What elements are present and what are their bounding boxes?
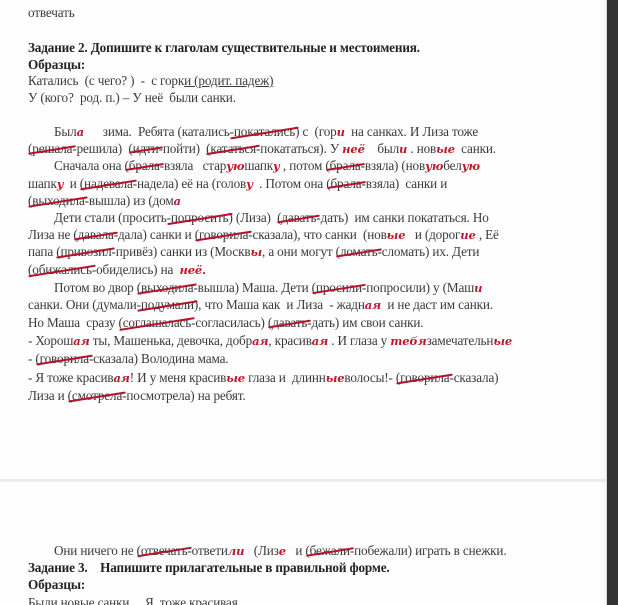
struck-out-word: бежали bbox=[310, 543, 350, 558]
text-segment: Задание 3. Напишите прилагательные в пра… bbox=[28, 560, 390, 575]
text-segment: -решила) ( bbox=[72, 141, 132, 156]
text-segment: , красив bbox=[268, 333, 311, 348]
text-segment: и (дорог bbox=[405, 227, 460, 242]
handwritten-correction: ы bbox=[250, 245, 262, 259]
struck-out-word: давала bbox=[78, 227, 114, 242]
struck-out-word: соглашалась bbox=[123, 315, 191, 330]
struck-out-word: брала bbox=[129, 158, 160, 173]
text-line: папа (привозил-привёз) санки из (Москвы,… bbox=[28, 244, 479, 260]
handwritten-correction: ая bbox=[73, 334, 89, 348]
text-segment: на санках. И Лиза тоже bbox=[345, 124, 478, 139]
text-segment: -дать) им свои санки. bbox=[307, 315, 423, 330]
struck-out-word: просили bbox=[316, 280, 362, 295]
handwritten-correction: ая bbox=[312, 334, 328, 348]
struck-out-word: брала bbox=[331, 176, 362, 191]
text-line: отвечать bbox=[28, 5, 75, 21]
struck-out-word: надевала bbox=[84, 176, 133, 191]
handwritten-correction: а bbox=[77, 125, 84, 139]
text-segment: -вышла) из (дом bbox=[85, 193, 174, 208]
heading-line: Задание 3. Напишите прилагательные в пра… bbox=[28, 560, 390, 576]
text-segment: волосы!- ( bbox=[344, 370, 400, 385]
text-segment: -дать) им санки покататься. Но bbox=[316, 210, 488, 225]
text-segment: -дала) санки и ( bbox=[114, 227, 199, 242]
handwritten-correction: ые bbox=[436, 142, 455, 156]
text-line: Сначала она (брала-взяла старуюшапку , п… bbox=[54, 158, 480, 174]
handwritten-correction: ие bbox=[460, 228, 475, 242]
text-line: шапку и (надевала-надела) её на (голову … bbox=[28, 176, 447, 192]
text-segment: -взяла) (нов bbox=[361, 158, 426, 173]
handwritten-correction: а bbox=[174, 194, 181, 208]
struck-out-word: привозил bbox=[60, 244, 111, 259]
text-segment: Катались (с чего? ) - с горк bbox=[28, 73, 184, 88]
text-line: Потом во двор (выходила-вышла) Маша. Дет… bbox=[54, 280, 482, 296]
text-segment: Образцы: bbox=[28, 57, 85, 72]
struck-out-word: давать bbox=[272, 315, 307, 330]
text-segment: -сломать) их. Дети bbox=[378, 244, 480, 259]
handwritten-correction: ые bbox=[226, 371, 245, 385]
text-segment: Потом во двор ( bbox=[54, 280, 141, 295]
text-line: - Хорошая ты, Машенька, девочка, добрая,… bbox=[28, 333, 512, 349]
text-segment: ), что Маша как и Лиза - жадн bbox=[194, 297, 365, 312]
text-segment: -сказала) Володина мама. bbox=[89, 351, 229, 366]
struck-out-word: идти bbox=[133, 141, 159, 156]
struck-out-word: попросить bbox=[171, 210, 229, 225]
text-segment: Они ничего не ( bbox=[54, 543, 141, 558]
text-line: (выходила-вышла) из (дома bbox=[28, 193, 181, 209]
struck-out-word: обижались bbox=[32, 262, 92, 277]
handwritten-correction: е bbox=[279, 544, 286, 558]
struck-out-word: выходила bbox=[32, 193, 84, 208]
struck-out-word: кататься bbox=[210, 141, 256, 156]
text-segment: был bbox=[365, 141, 399, 156]
struck-out-word: брала bbox=[330, 158, 361, 173]
text-segment: Дети стали (просить- bbox=[54, 210, 171, 225]
text-segment: ты, Машенька, девочка, добр bbox=[90, 333, 252, 348]
text-segment: Образцы: bbox=[28, 577, 85, 592]
text-segment: санки. bbox=[455, 141, 496, 156]
text-segment: . нов bbox=[407, 141, 436, 156]
text-segment: -надела) её на (голов bbox=[133, 176, 246, 191]
text-line: Была зима. Ребята (катались-покатались) … bbox=[54, 124, 478, 140]
text-segment: -сказала), что санки (нов bbox=[248, 227, 386, 242]
text-segment: , а они могут ( bbox=[262, 244, 340, 259]
heading-line: Образцы: bbox=[28, 57, 85, 73]
text-segment: Были новые санки. Я тоже красивая. bbox=[28, 595, 241, 605]
handwritten-correction: ая bbox=[365, 298, 381, 312]
text-line: - (говорила-сказала) Володина мама. bbox=[28, 351, 228, 367]
text-line: Лиза и (смотрела-посмотрела) на ребят. bbox=[28, 388, 246, 404]
text-segment: Лиза и ( bbox=[28, 388, 72, 403]
text-segment: -обиделись) на bbox=[92, 262, 180, 277]
struck-out-word: давать bbox=[281, 210, 316, 225]
document-page-2: Они ничего не (отвечать-ответили (Лизе и… bbox=[0, 482, 607, 605]
text-segment: замечательн bbox=[427, 333, 494, 348]
text-segment: -сказала) bbox=[449, 370, 498, 385]
struck-out-word: подумали bbox=[141, 297, 194, 312]
struck-out-word: говорила bbox=[400, 370, 449, 385]
text-segment: ! И у меня красив bbox=[130, 370, 226, 385]
text-segment: , Её bbox=[476, 227, 499, 242]
text-segment: -попросили) у (Маш bbox=[362, 280, 474, 295]
document-page-1: отвечатьЗадание 2. Допишите к глаголам с… bbox=[0, 0, 607, 479]
text-line: Лиза не (давала-дала) санки и (говорила-… bbox=[28, 227, 499, 243]
text-segment: глаза и длинн bbox=[245, 370, 326, 385]
struck-out-word: решала bbox=[32, 141, 72, 156]
struck-out-word: ломать bbox=[340, 244, 378, 259]
handwritten-correction: ую bbox=[226, 159, 244, 173]
text-segment: зима. Ребята (катались- bbox=[84, 124, 234, 139]
text-line: - Я тоже красивая! И у меня красивые гла… bbox=[28, 370, 498, 386]
handwritten-correction: неё bbox=[342, 142, 365, 156]
heading-line: Задание 2. Допишите к глаголам существит… bbox=[28, 40, 420, 56]
struck-out-word: говорила bbox=[40, 351, 89, 366]
text-segment: -вышла) Маша. Дети ( bbox=[193, 280, 315, 295]
struck-out-word: смотрела bbox=[72, 388, 122, 403]
handwritten-correction: ли bbox=[228, 544, 244, 558]
text-segment: и не даст им санки. bbox=[381, 297, 493, 312]
text-segment: бел bbox=[443, 158, 462, 173]
text-line: Катались (с чего? ) - с горки (родит. па… bbox=[28, 73, 273, 89]
handwritten-correction: тебя bbox=[390, 334, 426, 348]
text-segment: -взяла) санки и bbox=[361, 176, 447, 191]
text-segment: -покататься). У bbox=[256, 141, 342, 156]
text-segment: ) (Лиза) ( bbox=[228, 210, 281, 225]
handwritten-correction: ые bbox=[387, 228, 406, 242]
text-segment: шапк bbox=[244, 158, 273, 173]
handwritten-correction: ые bbox=[493, 334, 512, 348]
text-segment: - Я тоже красив bbox=[28, 370, 113, 385]
text-segment: Но Маша сразу ( bbox=[28, 315, 123, 330]
struck-out-word: выходила bbox=[141, 280, 193, 295]
text-line: (решала-решила) (идти-пойти) (кататься-п… bbox=[28, 141, 496, 157]
text-segment: отвечать bbox=[28, 5, 75, 20]
text-segment: - Хорош bbox=[28, 333, 73, 348]
text-segment: -взяла стар bbox=[160, 158, 227, 173]
text-segment: шапк bbox=[28, 176, 57, 191]
underlined-text: и (родит. падеж) bbox=[184, 73, 273, 88]
text-segment: (Лиз bbox=[244, 543, 278, 558]
text-line: У (кого? род. п.) – У неё были санки. bbox=[28, 90, 236, 106]
text-segment: -посмотрела) на ребят. bbox=[122, 388, 245, 403]
text-segment: . И глаза у bbox=[328, 333, 390, 348]
text-line: Были новые санки. Я тоже красивая. bbox=[28, 595, 241, 605]
handwritten-correction: ая bbox=[252, 334, 268, 348]
vertical-scrollbar[interactable] bbox=[606, 0, 618, 605]
handwritten-correction: и bbox=[474, 281, 482, 295]
handwritten-correction: ую bbox=[462, 159, 480, 173]
text-segment: -побежали) играть в снежки. bbox=[350, 543, 507, 558]
handwritten-correction: у bbox=[273, 159, 280, 173]
text-line: санки. Они (думали-подумали), что Маша к… bbox=[28, 297, 493, 313]
text-line: Но Маша сразу (соглашалась-согласилась) … bbox=[28, 315, 423, 331]
text-segment: Был bbox=[54, 124, 77, 139]
text-segment: Лиза не ( bbox=[28, 227, 78, 242]
text-segment: -пойти) ( bbox=[159, 141, 211, 156]
handwritten-correction: ые bbox=[326, 371, 345, 385]
handwritten-correction: ую bbox=[425, 159, 443, 173]
struck-out-word: покатались bbox=[234, 124, 295, 139]
text-line: (обижались-обиделись) на неё. bbox=[28, 262, 206, 278]
text-line: Дети стали (просить-попросить) (Лиза) (д… bbox=[54, 210, 489, 226]
handwritten-correction: и bbox=[337, 125, 345, 139]
handwritten-correction: неё. bbox=[179, 263, 205, 277]
heading-line: Образцы: bbox=[28, 577, 85, 593]
text-segment: У (кого? род. п.) – У неё были санки. bbox=[28, 90, 236, 105]
text-segment: Сначала она ( bbox=[54, 158, 129, 173]
text-line: Они ничего не (отвечать-ответили (Лизе и… bbox=[54, 543, 506, 559]
handwritten-correction: ая bbox=[113, 371, 129, 385]
text-segment: -согласилась) ( bbox=[191, 315, 272, 330]
text-segment: . Потом она ( bbox=[253, 176, 331, 191]
struck-out-word: отвечать bbox=[141, 543, 188, 558]
struck-out-word: говорила bbox=[199, 227, 248, 242]
text-segment: санки. Они (думали- bbox=[28, 297, 141, 312]
text-segment: ) с (гор bbox=[295, 124, 336, 139]
text-segment: -ответи bbox=[187, 543, 227, 558]
text-segment: , потом ( bbox=[280, 158, 330, 173]
text-segment: Задание 2. Допишите к глаголам существит… bbox=[28, 40, 420, 55]
handwritten-correction: у bbox=[246, 177, 253, 191]
text-segment: -привёз) санки из (Москв bbox=[112, 244, 251, 259]
